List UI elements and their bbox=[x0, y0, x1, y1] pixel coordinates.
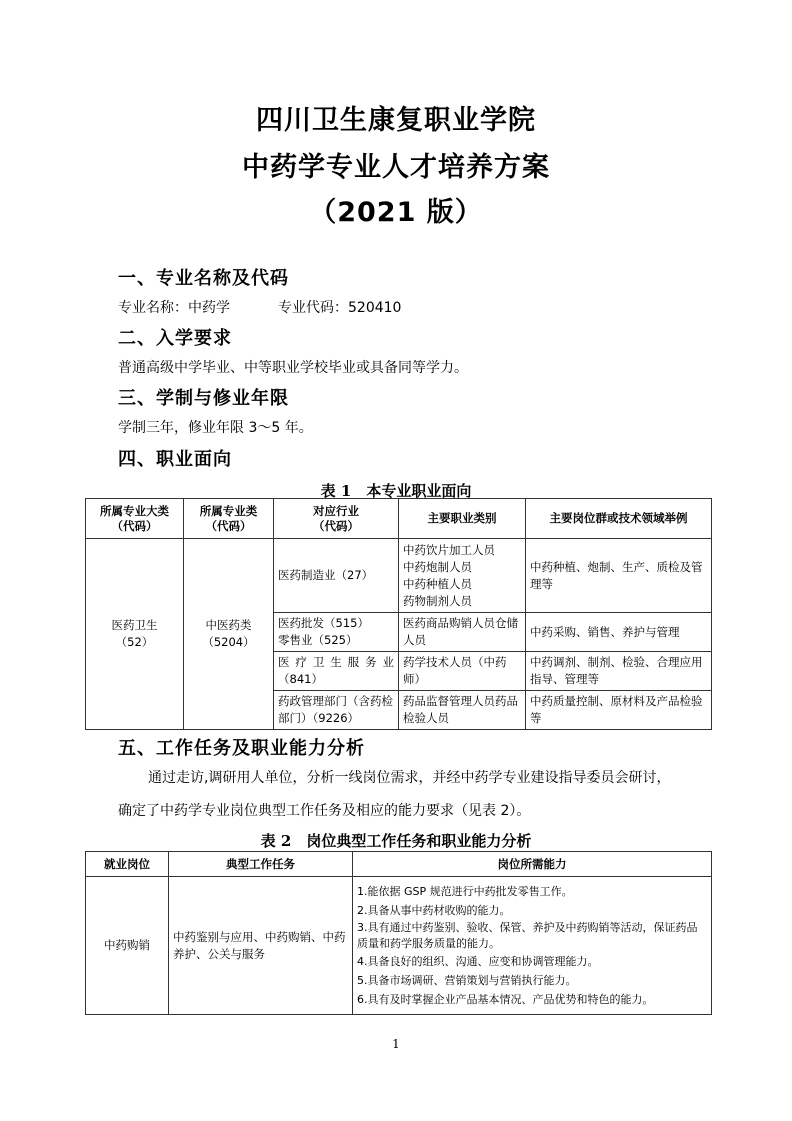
occupations-cell: 中药饮片加工人员 中药炮制人员 中药种植人员 药物制剂人员 bbox=[399, 539, 526, 613]
page-number: 1 bbox=[0, 1037, 792, 1051]
document-title-line-3: （2021 版） bbox=[0, 190, 792, 229]
table2-header-tasks: 典型工作任务 bbox=[169, 852, 353, 877]
occupations-cell: 医药商品购销人员仓储人员 bbox=[399, 613, 526, 652]
table2-task-ability-analysis: 就业岗位 典型工作任务 岗位所需能力 中药购销 中药鉴别与应用、中药购销、中药养… bbox=[85, 851, 712, 1015]
table1-header-row: 所属专业大类 （代码） 所属专业类 （代码） 对应行业 （代码） 主要职业类别 … bbox=[86, 499, 712, 539]
admission-text: 普通高级中学毕业、中等职业学校毕业或具备同等学力。 bbox=[118, 357, 468, 377]
industry-cell: 药政管理部门（含药检部门）（9226） bbox=[274, 691, 399, 730]
subcategory-code: （5204） bbox=[188, 634, 269, 651]
major-code: 专业代码：520410 bbox=[278, 297, 401, 317]
section5-paragraph-line-1: 通过走访,调研用人单位，分析一线岗位需求，并经中药学专业建设指导委员会研讨， bbox=[148, 767, 670, 787]
ability-item: 2.具备从事中药材收购的能力。 bbox=[357, 901, 707, 920]
positions-cell: 中药种植、炮制、生产、质检及管理等 bbox=[526, 539, 712, 613]
section-heading-4: 四、职业面向 bbox=[118, 445, 232, 471]
header-text: 所属专业类 bbox=[188, 504, 269, 519]
table1-category-cell: 医药卫生 （52） bbox=[86, 539, 184, 730]
header-text: （代码） bbox=[188, 519, 269, 534]
section5-paragraph-line-2: 确定了中药学专业岗位典型工作任务及相应的能力要求（见表 2）。 bbox=[118, 800, 530, 820]
occupations-cell: 药品监督管理人员药品检验人员 bbox=[399, 691, 526, 730]
table1-header-subcategory: 所属专业类 （代码） bbox=[184, 499, 274, 539]
positions-cell: 中药调剂、制剂、检验、合理应用指导、管理等 bbox=[526, 652, 712, 691]
major-name: 专业名称：中药学 bbox=[118, 297, 230, 317]
occupation-text: 药物制剂人员 bbox=[403, 593, 521, 610]
table1-header-industry: 对应行业 （代码） bbox=[274, 499, 399, 539]
industry-text: 零售业（525） bbox=[278, 632, 394, 649]
section-heading-1: 一、专业名称及代码 bbox=[118, 264, 289, 290]
document-title-line-1: 四川卫生康复职业学院 bbox=[0, 98, 792, 137]
section-heading-2: 二、入学要求 bbox=[118, 324, 232, 350]
section-heading-5: 五、工作任务及职业能力分析 bbox=[118, 734, 365, 760]
header-text: 对应行业 bbox=[278, 504, 394, 519]
subcategory-name: 中医药类 bbox=[188, 617, 269, 634]
table-row: 中药购销 中药鉴别与应用、中药购销、中药养护、公关与服务 1.能依据 GSP 规… bbox=[86, 877, 712, 1015]
tasks-cell: 中药鉴别与应用、中药购销、中药养护、公关与服务 bbox=[169, 877, 353, 1015]
table1-header-category: 所属专业大类 （代码） bbox=[86, 499, 184, 539]
document-page: 四川卫生康复职业学院 中药学专业人才培养方案 （2021 版） 一、专业名称及代… bbox=[0, 0, 792, 1121]
industry-text: 医药批发（515） bbox=[278, 615, 394, 632]
ability-item: 1.能依据 GSP 规范进行中药批发零售工作。 bbox=[357, 882, 707, 901]
table1-subcategory-cell: 中医药类 （5204） bbox=[184, 539, 274, 730]
ability-item: 6.具有及时掌握企业产品基本情况、产品优势和特色的能力。 bbox=[357, 990, 707, 1009]
table2-header-abilities: 岗位所需能力 bbox=[353, 852, 712, 877]
header-text: 所属专业大类 bbox=[90, 504, 179, 519]
positions-cell: 中药质量控制、原材料及产品检验等 bbox=[526, 691, 712, 730]
header-text: （代码） bbox=[90, 519, 179, 534]
ability-item: 3.具有通过中药鉴别、验收、保管、养护及中药购销等活动，保证药品质量和药学服务质… bbox=[357, 920, 707, 952]
table1-career-orientation: 所属专业大类 （代码） 所属专业类 （代码） 对应行业 （代码） 主要职业类别 … bbox=[85, 498, 712, 730]
duration-text: 学制三年，修业年限 3～5 年。 bbox=[118, 417, 313, 437]
section-heading-3: 三、学制与修业年限 bbox=[118, 384, 289, 410]
category-name: 医药卫生 bbox=[90, 617, 179, 634]
header-text: （代码） bbox=[278, 519, 394, 534]
position-cell: 中药购销 bbox=[86, 877, 169, 1015]
category-code: （52） bbox=[90, 634, 179, 651]
ability-item: 5.具备市场调研、营销策划与营销执行能力。 bbox=[357, 971, 707, 990]
occupation-text: 中药种植人员 bbox=[403, 576, 521, 593]
industry-cell: 医药制造业（27） bbox=[274, 539, 399, 613]
abilities-cell: 1.能依据 GSP 规范进行中药批发零售工作。 2.具备从事中药材收购的能力。 … bbox=[353, 877, 712, 1015]
header-text: 主要职业类别 bbox=[403, 511, 521, 526]
table1-header-occupations: 主要职业类别 bbox=[399, 499, 526, 539]
occupation-text: 中药炮制人员 bbox=[403, 559, 521, 576]
industry-cell: 医药批发（515） 零售业（525） bbox=[274, 613, 399, 652]
table2-caption: 表 2 岗位典型工作任务和职业能力分析 bbox=[0, 830, 792, 851]
table-row: 医药卫生 （52） 中医药类 （5204） 医药制造业（27） 中药饮片加工人员… bbox=[86, 539, 712, 613]
industry-cell: 医 疗 卫 生 服 务 业（841） bbox=[274, 652, 399, 691]
occupation-text: 中药饮片加工人员 bbox=[403, 542, 521, 559]
header-text: 主要岗位群或技术领域举例 bbox=[530, 511, 707, 526]
occupations-cell: 药学技术人员（中药师） bbox=[399, 652, 526, 691]
table2-header-position: 就业岗位 bbox=[86, 852, 169, 877]
document-title-line-2: 中药学专业人才培养方案 bbox=[0, 145, 792, 184]
table2-header-row: 就业岗位 典型工作任务 岗位所需能力 bbox=[86, 852, 712, 877]
positions-cell: 中药采购、销售、养护与管理 bbox=[526, 613, 712, 652]
table1-header-positions: 主要岗位群或技术领域举例 bbox=[526, 499, 712, 539]
industry-text: 医药制造业（27） bbox=[278, 567, 394, 584]
ability-item: 4.具备良好的组织、沟通、应变和协调管理能力。 bbox=[357, 952, 707, 971]
